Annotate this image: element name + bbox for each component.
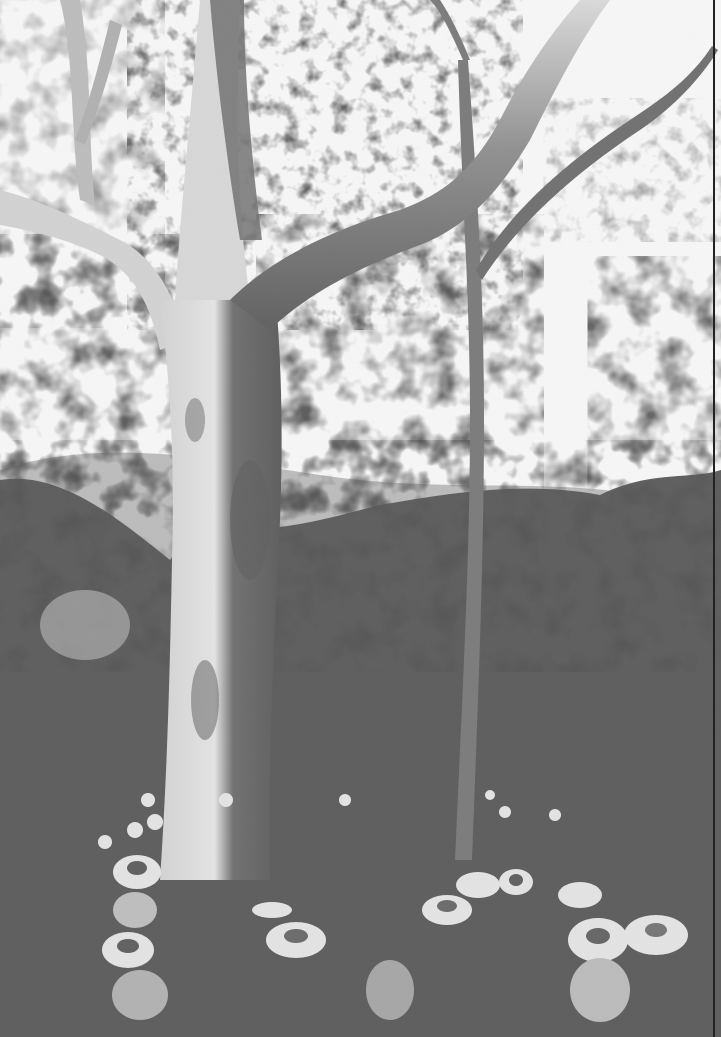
halftone-grain [0, 0, 721, 1037]
tree-scene [0, 0, 721, 1037]
photograph [0, 0, 721, 1037]
image-border [713, 0, 715, 1037]
